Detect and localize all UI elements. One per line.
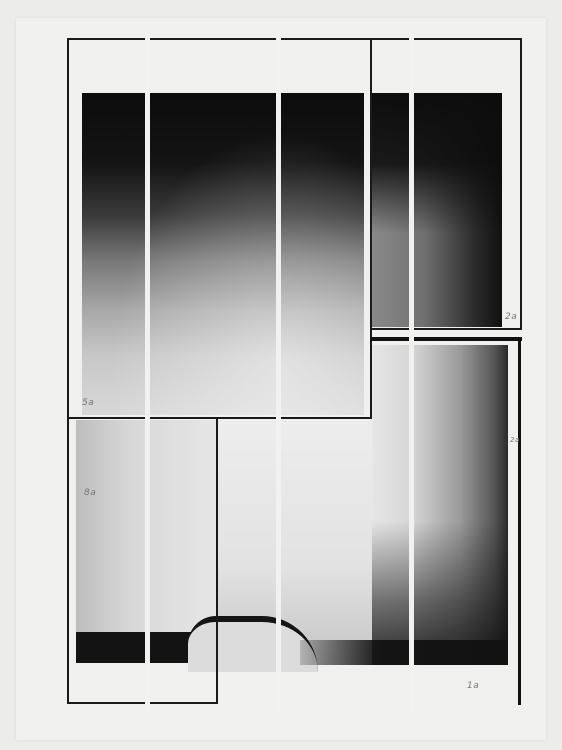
frame-top-left	[67, 38, 372, 419]
seam-2	[276, 30, 281, 715]
label-5a: 5a	[82, 398, 94, 408]
label-8a: 8a	[84, 488, 96, 498]
label-2a-top: 2a	[505, 312, 517, 322]
frame-top-right	[370, 38, 522, 330]
label-1a: 1a	[467, 681, 479, 691]
seam-1	[145, 30, 150, 715]
rule-right-lower	[518, 337, 521, 705]
seam-3	[409, 30, 414, 715]
dark-band-right	[300, 640, 508, 665]
photo-shade-2a-bottom	[372, 345, 508, 665]
label-2a-bottom: 2a	[510, 436, 520, 444]
frame-bottom-left	[67, 417, 218, 704]
rule-mid-right	[370, 337, 522, 341]
